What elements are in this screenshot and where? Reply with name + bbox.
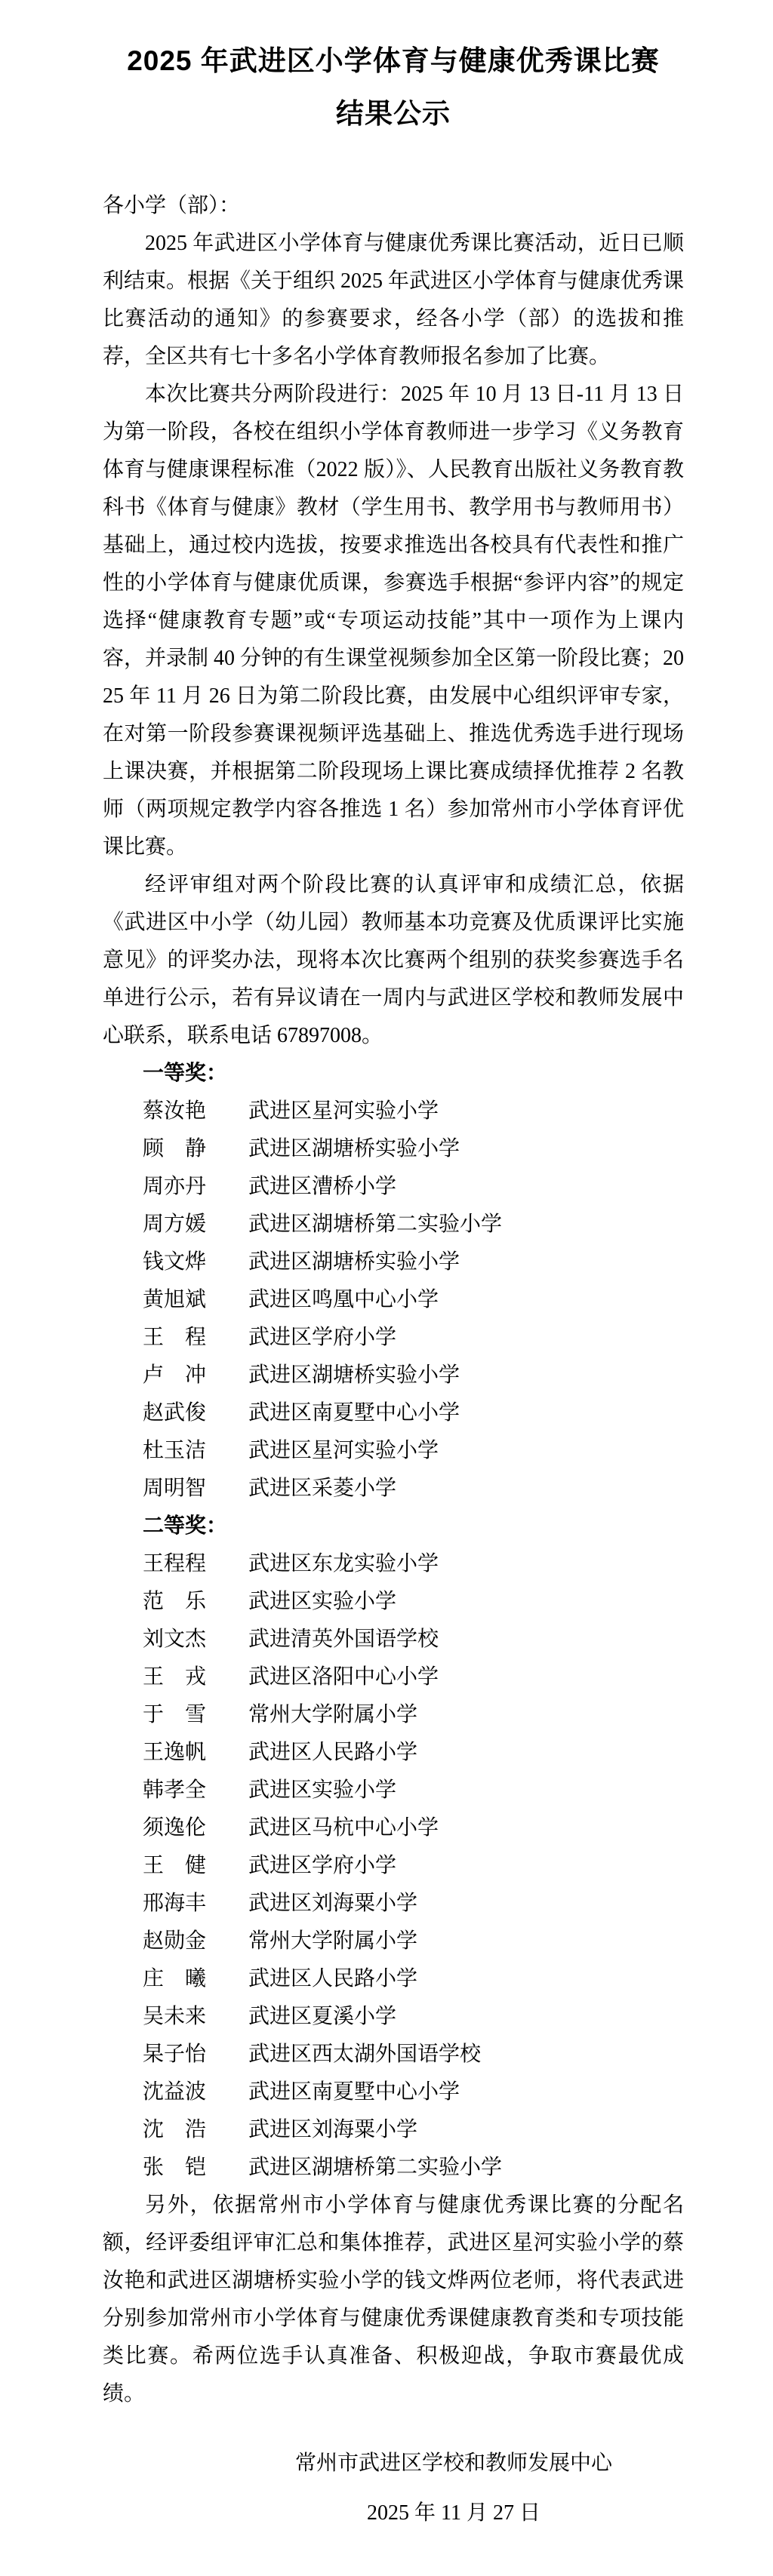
winner-name: 沈益波	[143, 2073, 248, 2111]
second-prize-heading: 二等奖：	[143, 1508, 684, 1545]
winner-name: 沈 浩	[143, 2111, 248, 2149]
winner-school: 武进区刘海粟小学	[248, 1885, 684, 1923]
winner-row: 王 戎 武进区洛阳中心小学	[143, 1658, 684, 1696]
winner-school: 武进区西太湖外国语学校	[248, 2036, 684, 2073]
page-title-line1: 2025 年武进区小学体育与健康优秀课比赛	[103, 38, 684, 85]
winner-school: 武进区漕桥小学	[248, 1168, 684, 1206]
winner-row: 于 雪 常州大学附属小学	[143, 1696, 684, 1734]
winner-school: 武进区人民路小学	[248, 1960, 684, 1998]
winner-school: 武进区刘海粟小学	[248, 2111, 684, 2149]
winner-school: 武进区湖塘桥第二实验小学	[248, 1206, 684, 1243]
winner-row: 赵武俊 武进区南夏墅中心小学	[143, 1394, 684, 1432]
winner-name: 杲子怡	[143, 2036, 248, 2073]
document-body: 各小学（部）： 2025 年武进区小学体育与健康优秀课比赛活动，近日已顺利结束。…	[103, 187, 684, 2531]
first-prize-heading: 一等奖：	[143, 1055, 684, 1093]
winner-school: 武进区学府小学	[248, 1847, 684, 1885]
issue-date: 2025 年 11 月 27 日	[273, 2496, 635, 2531]
winner-school: 武进区湖塘桥实验小学	[248, 1357, 684, 1394]
announcement-document: 2025 年武进区小学体育与健康优秀课比赛 结果公示 各小学（部）： 2025 …	[0, 0, 773, 2576]
winner-name: 韩孝全	[143, 1772, 248, 1809]
page-title: 2025 年武进区小学体育与健康优秀课比赛 结果公示	[103, 38, 684, 137]
winner-row: 钱文烨 武进区湖塘桥实验小学	[143, 1243, 684, 1281]
winner-school: 武进区实验小学	[248, 1772, 684, 1809]
signature-block: 常州市武进区学校和教师发展中心 2025 年 11 月 27 日	[273, 2446, 635, 2531]
winner-school: 武进区采菱小学	[248, 1470, 684, 1508]
winner-school: 常州大学附属小学	[248, 1696, 684, 1734]
winner-name: 王 戎	[143, 1658, 248, 1696]
winner-row: 刘文杰 武进清英外国语学校	[143, 1621, 684, 1658]
winner-row: 杲子怡 武进区西太湖外国语学校	[143, 2036, 684, 2073]
first-prize-section: 一等奖： 蔡汝艳 武进区星河实验小学 顾 静 武进区湖塘桥实验小学 周亦丹	[103, 1055, 684, 1508]
winner-name: 邢海丰	[143, 1885, 248, 1923]
winner-school: 武进区东龙实验小学	[248, 1545, 684, 1583]
winner-row: 杜玉洁 武进区星河实验小学	[143, 1432, 684, 1470]
winner-row: 张 铠 武进区湖塘桥第二实验小学	[143, 2149, 684, 2187]
winner-school: 武进区湖塘桥实验小学	[248, 1130, 684, 1168]
winner-row: 邢海丰 武进区刘海粟小学	[143, 1885, 684, 1923]
winner-school: 武进清英外国语学校	[248, 1621, 684, 1658]
winner-school: 武进区湖塘桥第二实验小学	[248, 2149, 684, 2187]
winner-row: 吴未来 武进区夏溪小学	[143, 1998, 684, 2036]
winner-name: 杜玉洁	[143, 1432, 248, 1470]
winner-row: 顾 静 武进区湖塘桥实验小学	[143, 1130, 684, 1168]
winner-name: 赵武俊	[143, 1394, 248, 1432]
winner-name: 卢 冲	[143, 1357, 248, 1394]
winner-name: 顾 静	[143, 1130, 248, 1168]
winner-school: 常州大学附属小学	[248, 1923, 684, 1960]
winner-row: 卢 冲 武进区湖塘桥实验小学	[143, 1357, 684, 1394]
winner-row: 蔡汝艳 武进区星河实验小学	[143, 1093, 684, 1130]
winner-name: 庄 曦	[143, 1960, 248, 1998]
winner-row: 赵勋金 常州大学附属小学	[143, 1923, 684, 1960]
winner-row: 王 程 武进区学府小学	[143, 1319, 684, 1357]
winner-row: 范 乐 武进区实验小学	[143, 1583, 684, 1621]
winner-school: 武进区星河实验小学	[248, 1093, 684, 1130]
second-prize-section: 二等奖： 王程程 武进区东龙实验小学 范 乐 武进区实验小学 刘文杰	[103, 1508, 684, 2187]
winner-school: 武进区鸣凰中心小学	[248, 1281, 684, 1319]
winner-school: 武进区马杭中心小学	[248, 1809, 684, 1847]
title-gap	[103, 85, 684, 91]
first-prize-list: 蔡汝艳 武进区星河实验小学 顾 静 武进区湖塘桥实验小学 周亦丹 武进区漕桥小学	[103, 1093, 684, 1508]
winner-name: 周亦丹	[143, 1168, 248, 1206]
winner-name: 黄旭斌	[143, 1281, 248, 1319]
winner-school: 武进区学府小学	[248, 1319, 684, 1357]
winner-school: 武进区星河实验小学	[248, 1432, 684, 1470]
winner-row: 须逸伦 武进区马杭中心小学	[143, 1809, 684, 1847]
second-prize-list: 王程程 武进区东龙实验小学 范 乐 武进区实验小学 刘文杰 武进清英外国语学校	[103, 1545, 684, 2187]
paragraph-award-rules: 经评审组对两个阶段比赛的认真评审和成绩汇总，依据《武进区中小学（幼儿园）教师基本…	[103, 866, 684, 1055]
winner-row: 周方媛 武进区湖塘桥第二实验小学	[143, 1206, 684, 1243]
winner-row: 周明智 武进区采菱小学	[143, 1470, 684, 1508]
winner-school: 武进区实验小学	[248, 1583, 684, 1621]
winner-name: 张 铠	[143, 2149, 248, 2187]
winner-name: 吴未来	[143, 1998, 248, 2036]
winner-school: 武进区洛阳中心小学	[248, 1658, 684, 1696]
winner-name: 刘文杰	[143, 1621, 248, 1658]
winner-name: 王 程	[143, 1319, 248, 1357]
winner-row: 王逸帆 武进区人民路小学	[143, 1734, 684, 1772]
winner-name: 周方媛	[143, 1206, 248, 1243]
winner-row: 庄 曦 武进区人民路小学	[143, 1960, 684, 1998]
winner-school: 武进区夏溪小学	[248, 1998, 684, 2036]
winner-row: 王 健 武进区学府小学	[143, 1847, 684, 1885]
paragraph-overview: 2025 年武进区小学体育与健康优秀课比赛活动，近日已顺利结束。根据《关于组织 …	[103, 225, 684, 376]
winner-school: 武进区南夏墅中心小学	[248, 1394, 684, 1432]
winner-name: 蔡汝艳	[143, 1093, 248, 1130]
winner-name: 于 雪	[143, 1696, 248, 1734]
winner-name: 王逸帆	[143, 1734, 248, 1772]
page-title-line2: 结果公示	[103, 91, 684, 137]
winner-school: 武进区人民路小学	[248, 1734, 684, 1772]
closing-paragraph: 另外，依据常州市小学体育与健康优秀课比赛的分配名额，经评委组评审汇总和集体推荐，…	[103, 2187, 684, 2413]
winner-name: 赵勋金	[143, 1923, 248, 1960]
winner-row: 韩孝全 武进区实验小学	[143, 1772, 684, 1809]
winner-name: 王 健	[143, 1847, 248, 1885]
salutation: 各小学（部）：	[103, 187, 684, 225]
issuing-organization: 常州市武进区学校和教师发展中心	[273, 2446, 635, 2481]
winner-name: 钱文烨	[143, 1243, 248, 1281]
winner-row: 沈 浩 武进区刘海粟小学	[143, 2111, 684, 2149]
winner-name: 周明智	[143, 1470, 248, 1508]
winner-row: 沈益波 武进区南夏墅中心小学	[143, 2073, 684, 2111]
winner-row: 周亦丹 武进区漕桥小学	[143, 1168, 684, 1206]
winner-name: 王程程	[143, 1545, 248, 1583]
winner-school: 武进区南夏墅中心小学	[248, 2073, 684, 2111]
winner-name: 须逸伦	[143, 1809, 248, 1847]
winner-school: 武进区湖塘桥实验小学	[248, 1243, 684, 1281]
winner-row: 王程程 武进区东龙实验小学	[143, 1545, 684, 1583]
winner-name: 范 乐	[143, 1583, 248, 1621]
paragraph-stages: 本次比赛共分两阶段进行：2025 年 10 月 13 日-11 月 13 日为第…	[103, 376, 684, 866]
winner-row: 黄旭斌 武进区鸣凰中心小学	[143, 1281, 684, 1319]
